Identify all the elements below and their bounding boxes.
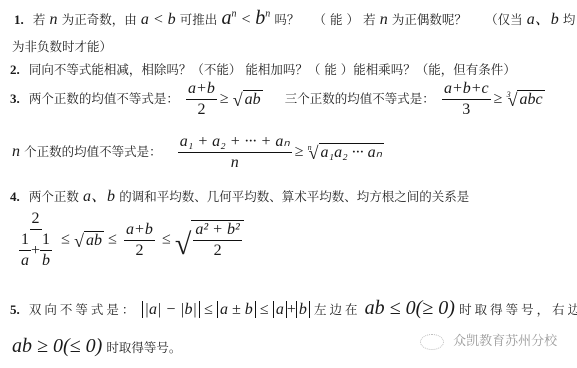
text: 双向不等式是： [29,302,138,317]
math-abs-b: b [296,301,310,318]
text: 为非负数时才能） [12,39,112,54]
math-var: n [380,11,388,28]
wechat-icon [420,334,444,350]
text: 左边在 [314,302,361,317]
item-1: 1. 若 n 为正奇数，由 a < b 可推出 an < bn 吗？ （ 能 ）… [14,6,575,30]
text: 两个正数的均值不等式是： [29,91,179,106]
math-condition: ab ≤ 0(≥ 0) [365,297,455,319]
math-condition: a < b [141,11,176,28]
text: 三个正数的均值不等式是： [285,91,435,106]
text: 可推出 [180,12,218,27]
item-number: 4. [10,189,20,204]
math-abs-diff: |a| − |b| [142,301,200,318]
math-var: n [50,11,58,28]
root-mean-square: √a² + b²2 [175,220,244,260]
math-var: n [12,143,20,160]
item-5: 5. 双向不等式是： |a| − |b| ≤ a ± b ≤ a+b 左边在 a… [10,297,577,320]
math-power-inequality: an < bn [221,7,270,29]
text: 的调和平均数、几何平均数、算术平均数、均方根之间的关系是 [119,189,469,204]
text: 吗？ [274,12,299,27]
text: 均 [563,12,576,27]
item-number: 2. [10,62,20,77]
item-5-continued: ab ≥ 0(≤ 0) 时取得等号。 [12,335,181,358]
nth-root: n√a₁a₂ ··· aₙ [308,143,384,162]
watermark-text: 众凯教育苏州分校 [453,334,557,349]
math-abs-sum: a ± b [217,301,256,318]
item-number: 1. [14,12,24,27]
text: 同向不等式能相减，相除吗？（不能） 能相加吗？（ 能 ）能相乘吗？（能，但有条件… [29,62,516,77]
means-inequality: 2 1a + 1b ≤ √ab ≤ a+b2 ≤ √a² + b²2 [14,210,244,270]
item-2: 2. 同向不等式能相减，相除吗？（不能） 能相加吗？（ 能 ）能相乘吗？（能，但… [10,60,516,78]
text: （仅当 [485,12,523,27]
text: 两个正数 [29,189,79,204]
cube-root-abc: 3√abc [507,90,545,109]
answer: （ 能 ） [314,12,359,27]
text: 个正数的均值不等式是： [24,144,162,159]
text: 为正奇数，由 [62,12,137,27]
fraction-am-n: a₁ + a₂ + ··· + aₙn [178,133,292,172]
math-condition: ab ≥ 0(≤ 0) [12,335,102,357]
fraction-am-three: a+b+c3 [442,80,491,119]
item-3: 3. 两个正数的均值不等式是： a+b2≥ √ab 三个正数的均值不等式是： a… [10,80,545,119]
text: 为正偶数呢？ [392,12,467,27]
text: 若 [363,12,376,27]
item-1-continued: 为非负数时才能） [12,37,112,55]
math-var: a、b [83,188,115,205]
text: 若 [33,12,46,27]
watermark: 众凯教育苏州分校 [420,330,557,350]
fraction-am-two: a+b2 [186,80,217,119]
geometric-mean: √ab [74,231,104,250]
item-number: 5. [10,302,20,317]
text: 时取得等号。 [106,340,181,355]
sqrt-ab: √ab [233,90,263,109]
math-abs-a: a [273,301,287,318]
item-4: 4. 两个正数 a、b 的调和平均数、几何平均数、算术平均数、均方根之间的关系是 [10,183,469,206]
arithmetic-mean: a+b2 [124,221,155,260]
harmonic-mean: 2 1a + 1b [17,210,54,270]
item-3-n: n 个正数的均值不等式是： a₁ + a₂ + ··· + aₙn≥ n√a₁a… [12,133,384,172]
math-var: a、b [527,11,559,28]
item-number: 3. [10,91,20,106]
text: 时取得等号，右边在 [459,302,577,317]
